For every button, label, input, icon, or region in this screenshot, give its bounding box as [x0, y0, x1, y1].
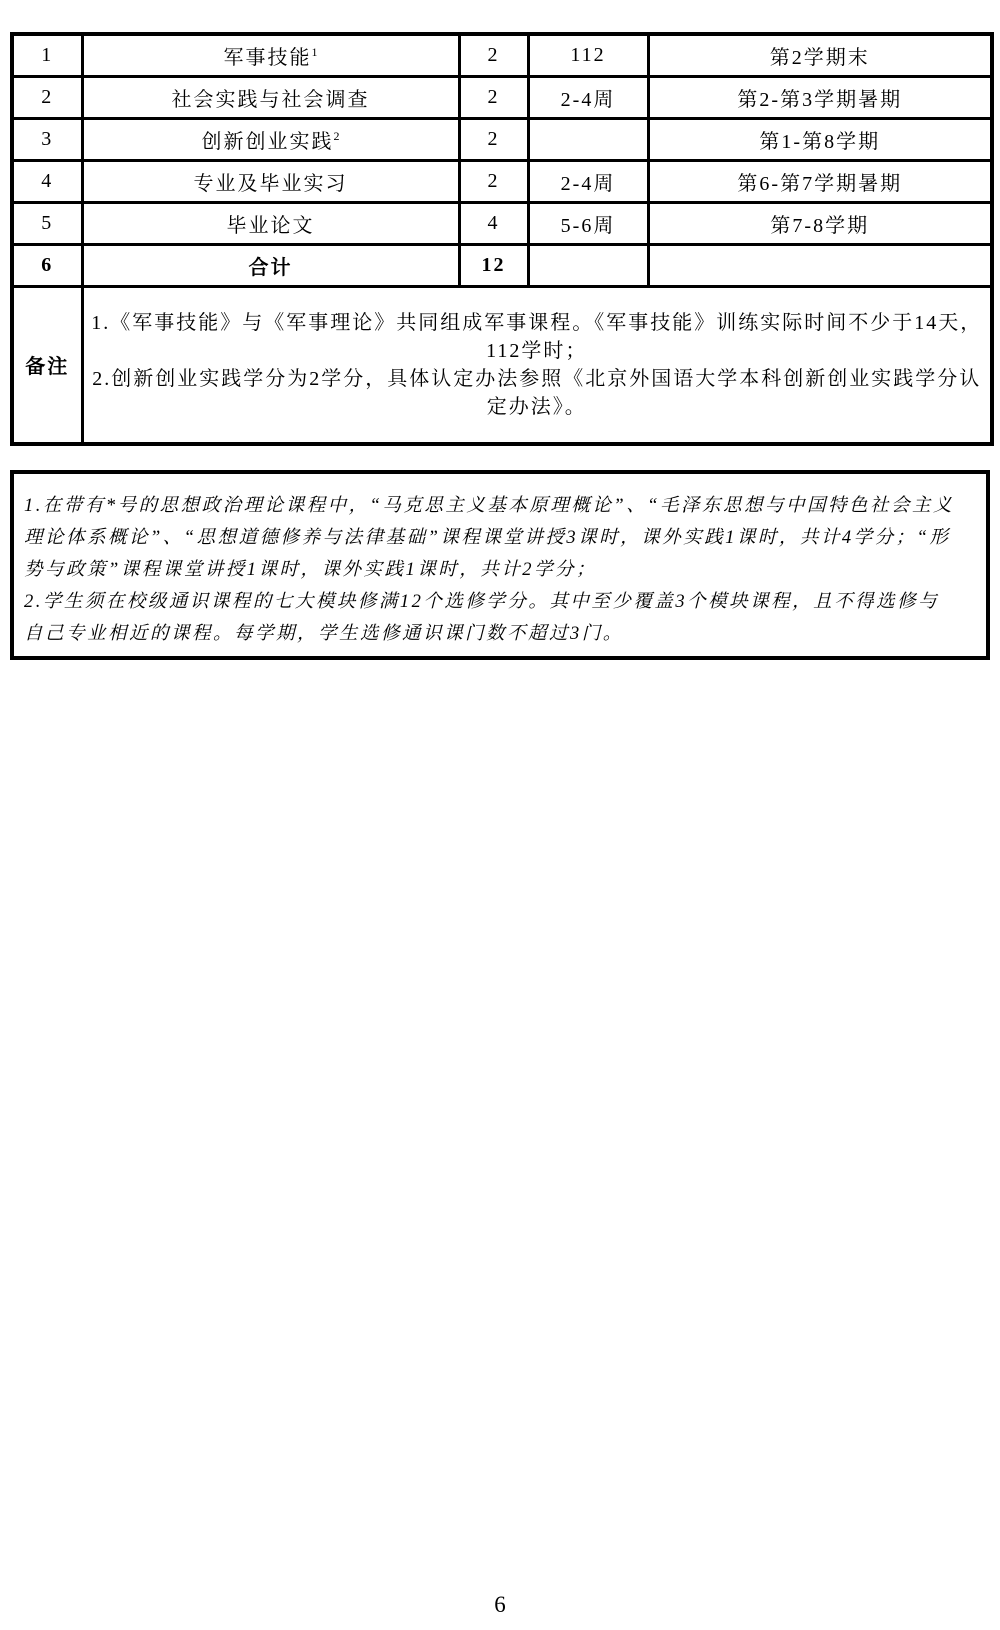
table-row: 5 毕业论文 4 5-6周 第7-8学期	[12, 202, 992, 244]
cell-course-name: 社会实践与社会调查	[82, 76, 459, 118]
cell-course-name: 专业及毕业实习	[82, 160, 459, 202]
course-name-text: 创新创业实践	[202, 131, 334, 153]
table-row: 3 创新创业实践2 2 第1-第8学期	[12, 118, 992, 160]
practical-courses-table: 1 军事技能1 2 112 第2学期末 2 社会实践与社会调查 2 2-4周 第…	[10, 32, 994, 446]
remark-item: 1.《军事技能》与《军事理论》共同组成军事课程。《军事技能》训练实际时间不少于1…	[84, 309, 991, 365]
footnote-item: 1.在带有*号的思想政治理论课程中，“马克思主义基本原理概论”、“毛泽东思想与中…	[24, 490, 960, 586]
course-name-text: 社会实践与社会调查	[172, 89, 370, 111]
cell-row-number: 5	[12, 202, 82, 244]
course-name-text: 专业及毕业实习	[194, 173, 348, 195]
cell-semester: 第2-第3学期暑期	[648, 76, 992, 118]
cell-row-number: 3	[12, 118, 82, 160]
cell-total-label: 合计	[82, 244, 459, 286]
page-number: 6	[0, 1592, 1000, 1618]
cell-semester: 第2学期末	[648, 34, 992, 76]
cell-semester: 第6-第7学期暑期	[648, 160, 992, 202]
footnote-marker: 1	[312, 45, 318, 59]
remarks-row: 备注 1.《军事技能》与《军事理论》共同组成军事课程。《军事技能》训练实际时间不…	[12, 286, 992, 444]
cell-semester: 第1-第8学期	[648, 118, 992, 160]
cell-total-credits: 12	[459, 244, 528, 286]
cell-credits: 2	[459, 34, 528, 76]
cell-weeks	[528, 244, 648, 286]
cell-credits: 4	[459, 202, 528, 244]
cell-credits: 2	[459, 160, 528, 202]
cell-row-number: 6	[12, 244, 82, 286]
footnote-marker: 2	[334, 129, 340, 143]
cell-row-number: 4	[12, 160, 82, 202]
cell-row-number: 1	[12, 34, 82, 76]
cell-weeks: 5-6周	[528, 202, 648, 244]
cell-row-number: 2	[12, 76, 82, 118]
document-page: 1 军事技能1 2 112 第2学期末 2 社会实践与社会调查 2 2-4周 第…	[0, 0, 1000, 1630]
footnotes-block: 1.在带有*号的思想政治理论课程中，“马克思主义基本原理概论”、“毛泽东思想与中…	[10, 470, 990, 660]
cell-weeks	[528, 118, 648, 160]
remarks-content: 1.《军事技能》与《军事理论》共同组成军事课程。《军事技能》训练实际时间不少于1…	[82, 286, 992, 444]
cell-weeks: 2-4周	[528, 160, 648, 202]
cell-weeks: 2-4周	[528, 76, 648, 118]
course-name-text: 军事技能	[224, 47, 312, 69]
cell-course-name: 毕业论文	[82, 202, 459, 244]
footnote-item: 2.学生须在校级通识课程的七大模块修满12个选修学分。其中至少覆盖3个模块课程，…	[24, 586, 960, 650]
cell-course-name: 军事技能1	[82, 34, 459, 76]
remarks-label: 备注	[12, 286, 82, 444]
table-row: 4 专业及毕业实习 2 2-4周 第6-第7学期暑期	[12, 160, 992, 202]
cell-course-name: 创新创业实践2	[82, 118, 459, 160]
cell-weeks: 112	[528, 34, 648, 76]
cell-semester: 第7-8学期	[648, 202, 992, 244]
cell-credits: 2	[459, 76, 528, 118]
table-total-row: 6 合计 12	[12, 244, 992, 286]
remark-item: 2.创新创业实践学分为2学分，具体认定办法参照《北京外国语大学本科创新创业实践学…	[84, 365, 991, 421]
table-row: 1 军事技能1 2 112 第2学期末	[12, 34, 992, 76]
course-name-text: 毕业论文	[227, 215, 315, 237]
table-row: 2 社会实践与社会调查 2 2-4周 第2-第3学期暑期	[12, 76, 992, 118]
cell-semester	[648, 244, 992, 286]
cell-credits: 2	[459, 118, 528, 160]
